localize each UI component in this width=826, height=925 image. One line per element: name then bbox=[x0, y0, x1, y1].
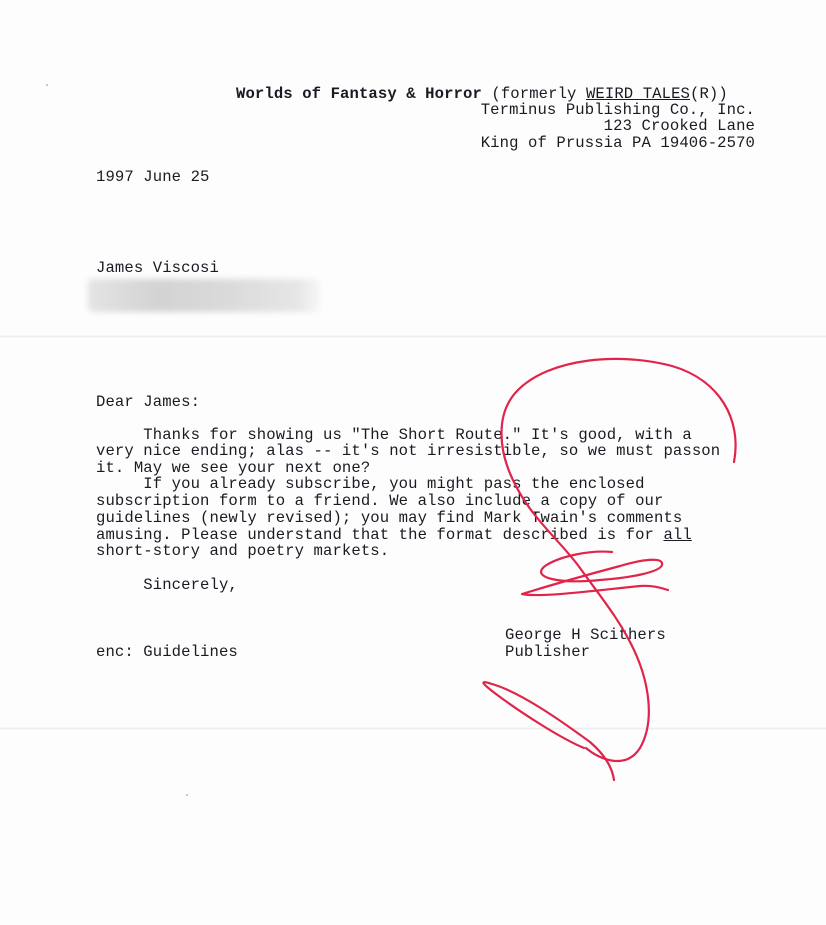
paper-speck bbox=[186, 794, 188, 796]
emphasis-all: all bbox=[663, 526, 691, 544]
salutation: Dear James: bbox=[96, 394, 200, 411]
signer-name: George H Scithers bbox=[505, 627, 666, 644]
publication-name: Worlds of Fantasy & Horror bbox=[236, 85, 482, 103]
body-line: short-story and poetry markets. bbox=[96, 543, 389, 560]
letter-page: Worlds of Fantasy & Horror (formerly WEI… bbox=[0, 0, 826, 925]
paper-fold-line bbox=[0, 335, 826, 338]
letter-date: 1997 June 25 bbox=[96, 169, 210, 186]
paper-speck bbox=[46, 84, 48, 86]
body-line: very nice ending; alas -- it's not irres… bbox=[96, 443, 720, 460]
enclosure-note: enc: Guidelines bbox=[96, 644, 238, 661]
street-address: 123 Crooked Lane bbox=[604, 118, 755, 135]
body-line: subscription form to a friend. We also i… bbox=[96, 493, 663, 510]
redacted-address bbox=[88, 279, 320, 312]
paper-fold-line bbox=[0, 727, 826, 730]
city-address: King of Prussia PA 19406-2570 bbox=[481, 135, 755, 152]
body-line: If you already subscribe, you might pass… bbox=[96, 476, 645, 493]
signer-title: Publisher bbox=[505, 644, 590, 661]
body-line: guidelines (newly revised); you may find… bbox=[96, 510, 682, 527]
recipient-name: James Viscosi bbox=[96, 260, 219, 277]
closing: Sincerely, bbox=[96, 577, 238, 594]
